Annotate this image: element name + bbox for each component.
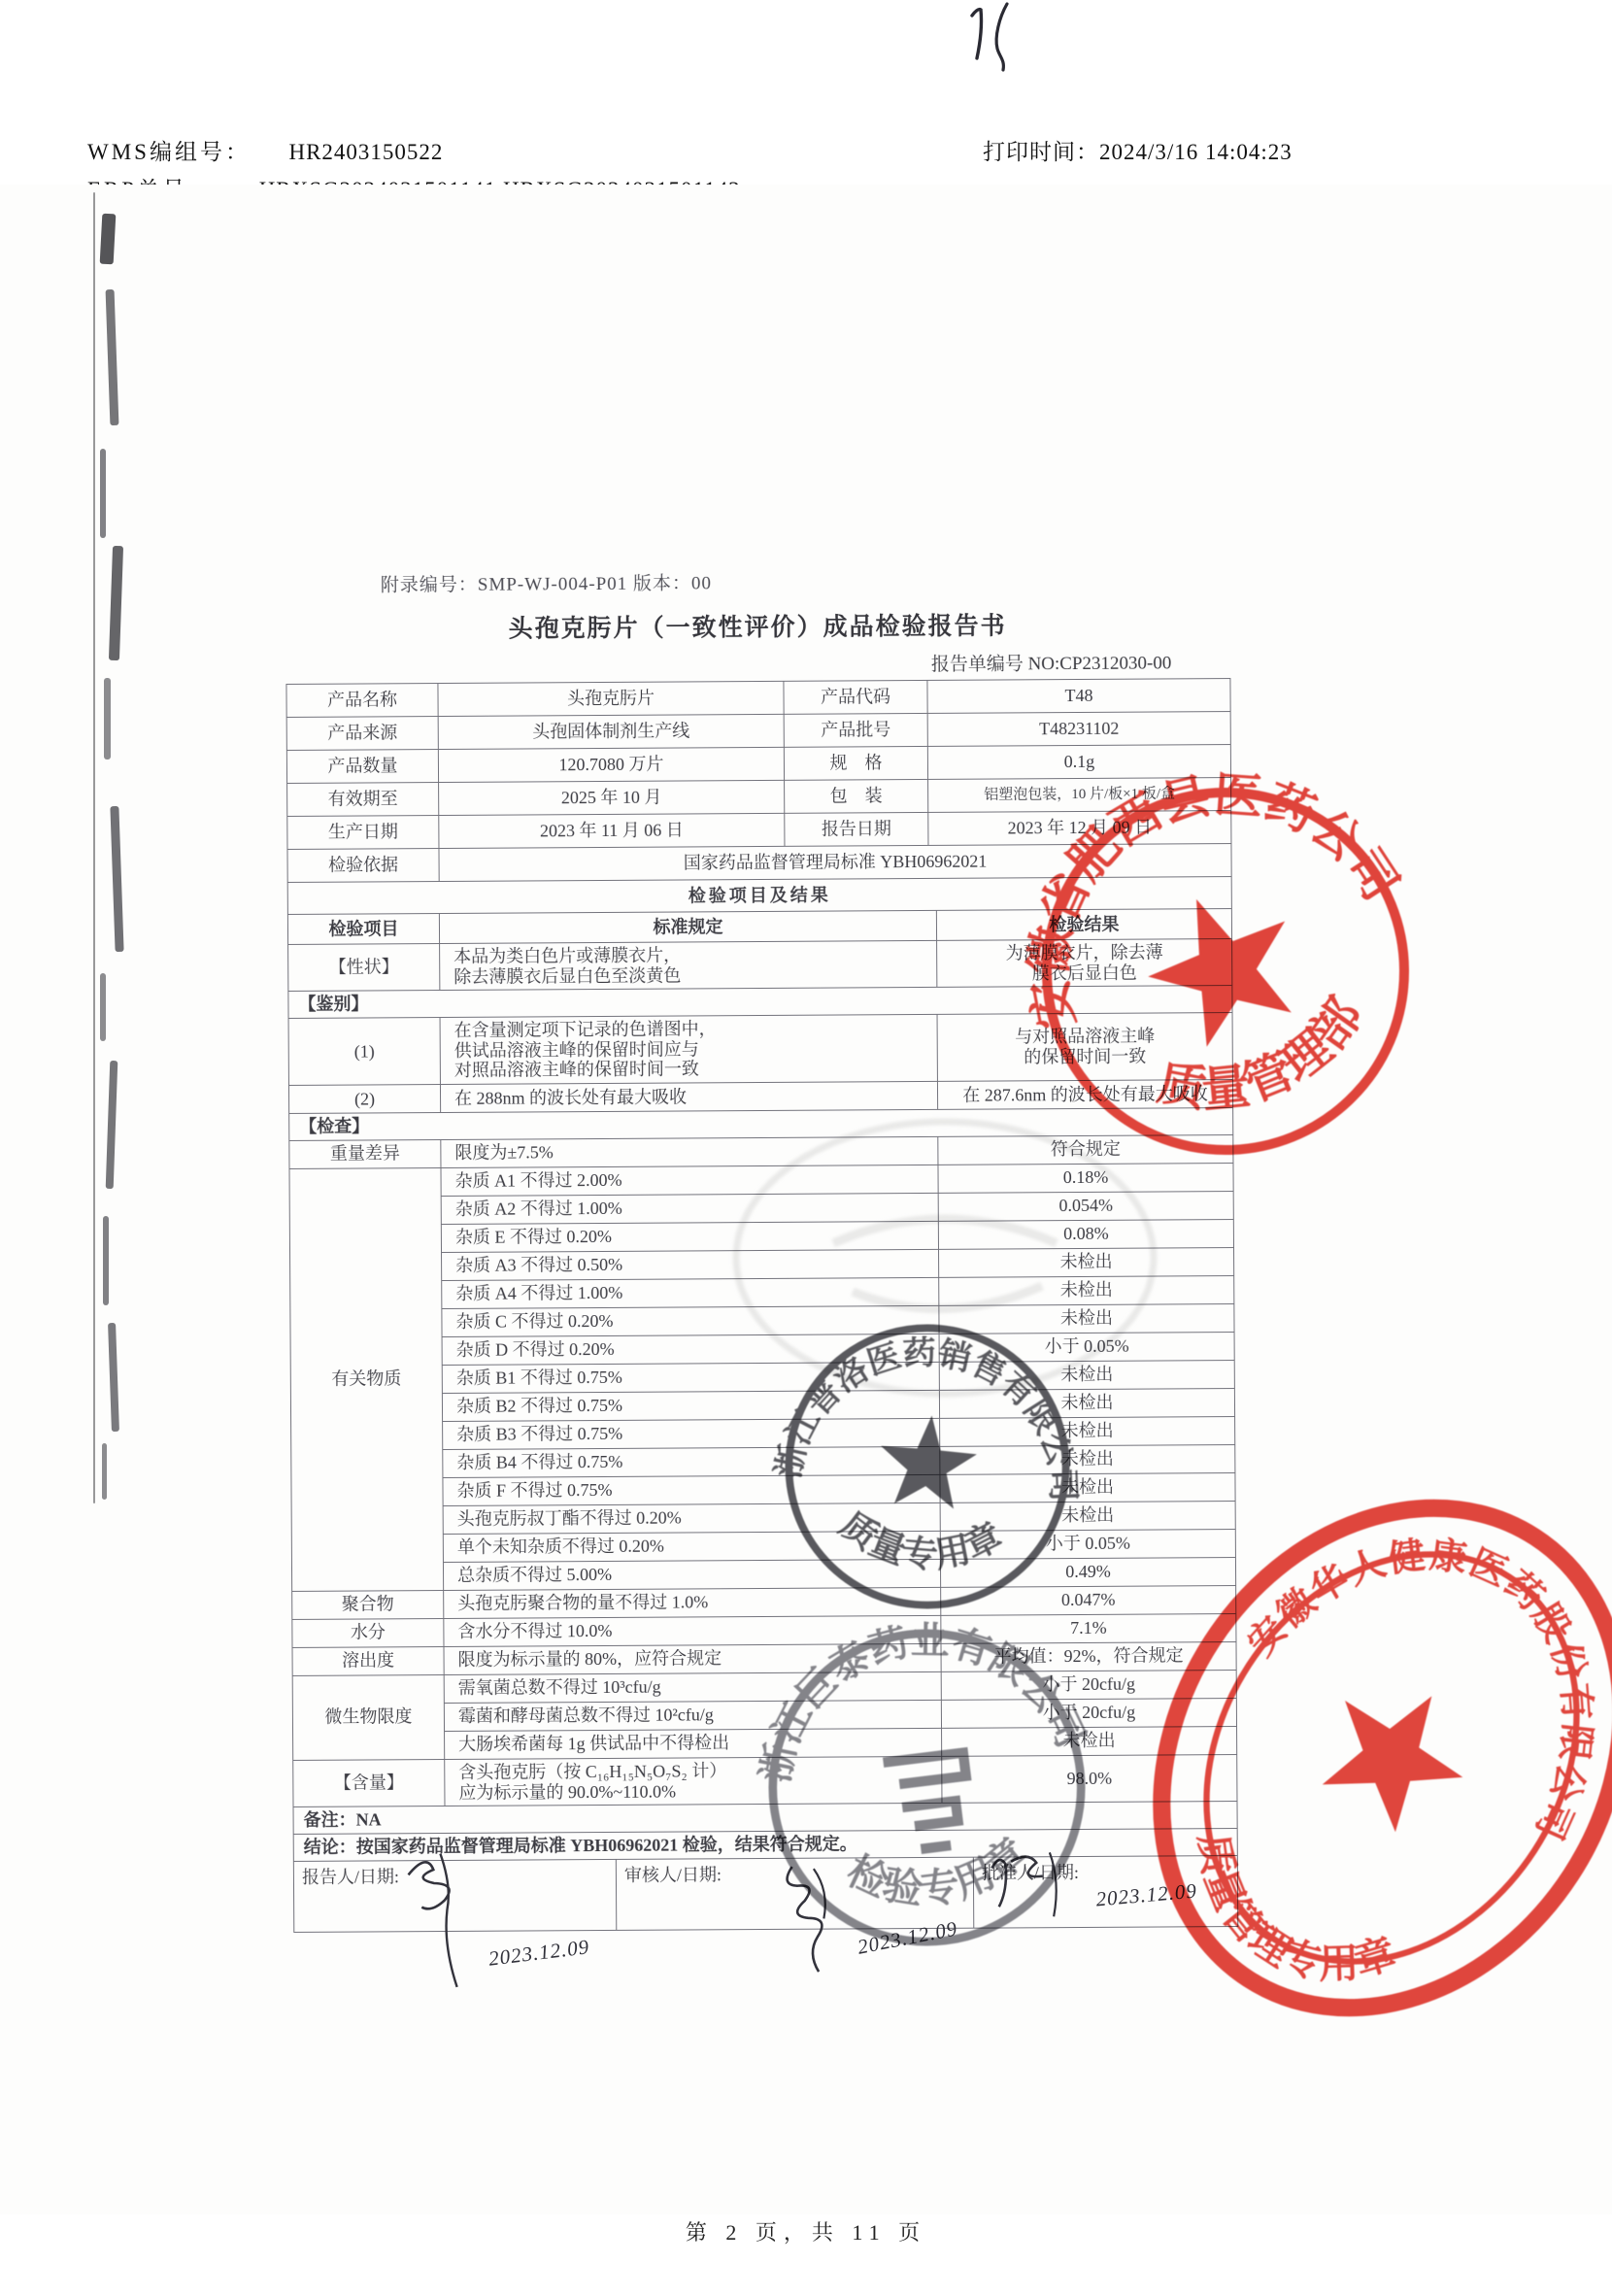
wms-number-label: WMS编组号： <box>87 140 251 164</box>
info-value: 头孢克肟片 <box>438 681 784 716</box>
stamp-huaren-quality: 安徽华人健康医药股份有限公司 质量管理专用章 <box>1163 1476 1612 2044</box>
reporter-signature: 2023.12.09 <box>389 1839 591 1999</box>
info-label: 报告日期 <box>785 812 928 846</box>
star-icon <box>1300 1658 1491 1846</box>
stamp-jutai-inspection: 浙江巨泰药业有限公司 检验专用章 <box>759 1620 1094 1960</box>
round-stamp-icon: 浙江巨泰药业有限公司 检验专用章 <box>740 1601 1113 1974</box>
test-item-group-cell: 有关物质 <box>289 1167 444 1591</box>
info-label: 产品名称 <box>286 684 438 718</box>
info-label: 产品代码 <box>784 680 927 714</box>
scan-artifact <box>100 973 106 1041</box>
star-icon <box>1128 871 1318 1057</box>
col-header-spec: 标准规定 <box>439 910 936 943</box>
info-label: 产品来源 <box>286 717 438 751</box>
star-icon <box>876 1411 980 1510</box>
info-label: 产品批号 <box>784 713 927 747</box>
info-value: T48 <box>927 679 1230 714</box>
info-label: 产品数量 <box>286 750 438 784</box>
stamp-puluo-sales-company: 浙江普洛医药销售有限公司 质量专用章 <box>777 1316 1078 1622</box>
reviewer-label: 审核人/日期: <box>624 1865 722 1885</box>
scan-artifact <box>100 214 117 265</box>
test-item-cell: 水分 <box>292 1618 444 1647</box>
test-item-group-cell: 微生物限度 <box>292 1674 445 1760</box>
appendix-number-line: 附录编号：SMP-WJ-004-P01 版本：00 <box>381 565 1229 596</box>
test-item-cell: (2) <box>288 1085 440 1114</box>
info-label: 包 装 <box>785 779 928 813</box>
scan-artifact <box>109 546 123 660</box>
wms-number-value: HR2403150522 <box>288 140 443 164</box>
scan-artifact <box>102 1443 107 1500</box>
wms-number-line: WMS编组号： HR2403150522 <box>87 134 443 166</box>
scan-edge-line <box>93 192 95 1503</box>
info-label: 规 格 <box>784 746 927 780</box>
handwritten-page-mark <box>957 0 1029 83</box>
info-value: 2025 年 10 月 <box>439 780 785 815</box>
round-stamp-icon: 浙江普洛医药销售有限公司 质量专用章 <box>764 1303 1091 1630</box>
handwritten-15-icon <box>957 0 1029 78</box>
scan-artifact <box>104 678 111 760</box>
signature-scribble-icon <box>389 1843 504 1995</box>
info-value: T48231102 <box>927 712 1230 747</box>
col-header-item: 检验项目 <box>287 914 439 945</box>
scan-artifact <box>103 1216 109 1305</box>
svg-text:质量专用章: 质量专用章 <box>829 1502 1012 1583</box>
test-item-cell: (1) <box>288 1018 440 1086</box>
test-item-cell: 【含量】 <box>293 1759 445 1806</box>
stamp-bottom-text: 质量专用章 <box>829 1502 1012 1583</box>
test-item-cell: 重量差异 <box>289 1139 441 1168</box>
report-number: 报告单编号 NO:CP2312030-00 <box>285 648 1171 680</box>
scan-artifact <box>106 1061 118 1189</box>
scan-artifact <box>100 449 106 538</box>
stamp-bottom-text: 检验专用章 <box>836 1827 1040 1922</box>
page: { "page_header": { "wms_label": "WMS编组号：… <box>0 0 1612 2296</box>
scan-artifact <box>110 806 123 952</box>
report-title: 头孢克肟片（一致性评价）成品检验报告书 <box>285 605 1229 646</box>
info-label: 检验依据 <box>287 849 439 883</box>
scan-artifact <box>108 1323 119 1432</box>
reporter-label: 报告人/日期: <box>302 1867 399 1887</box>
test-item-cell: 聚合物 <box>292 1590 444 1619</box>
info-value: 120.7080 万片 <box>438 747 784 782</box>
svg-text:检验专用章: 检验专用章 <box>836 1827 1040 1922</box>
reporter-date: 2023.12.09 <box>487 1935 591 1972</box>
info-value: 头孢固体制剂生产线 <box>438 714 784 749</box>
print-time: 打印时间：2024/3/16 14:04:23 <box>983 134 1293 166</box>
info-value: 2023 年 11 月 06 日 <box>439 813 785 848</box>
info-label: 生产日期 <box>287 816 439 850</box>
test-item-cell: 溶出度 <box>292 1646 444 1675</box>
scanned-document: 附录编号：SMP-WJ-004-P01 版本：00 头孢克肟片（一致性评价）成品… <box>0 185 1612 2214</box>
info-label: 有效期至 <box>287 783 439 817</box>
scan-artifact <box>106 289 119 425</box>
spec-cell: 本品为类白色片或薄膜衣片，除去薄膜衣后显白色至淡黄色 <box>440 940 937 991</box>
test-item-cell: 【性状】 <box>288 944 440 992</box>
page-footer: 第 2 页，共 11 页 <box>563 2216 1049 2246</box>
spec-cell: 在含量测定项下记录的色谱图中，供试品溶液主峰的保留时间应与对照品溶液主峰的保留时… <box>440 1014 937 1084</box>
jutai-logo-icon <box>884 1753 975 1853</box>
